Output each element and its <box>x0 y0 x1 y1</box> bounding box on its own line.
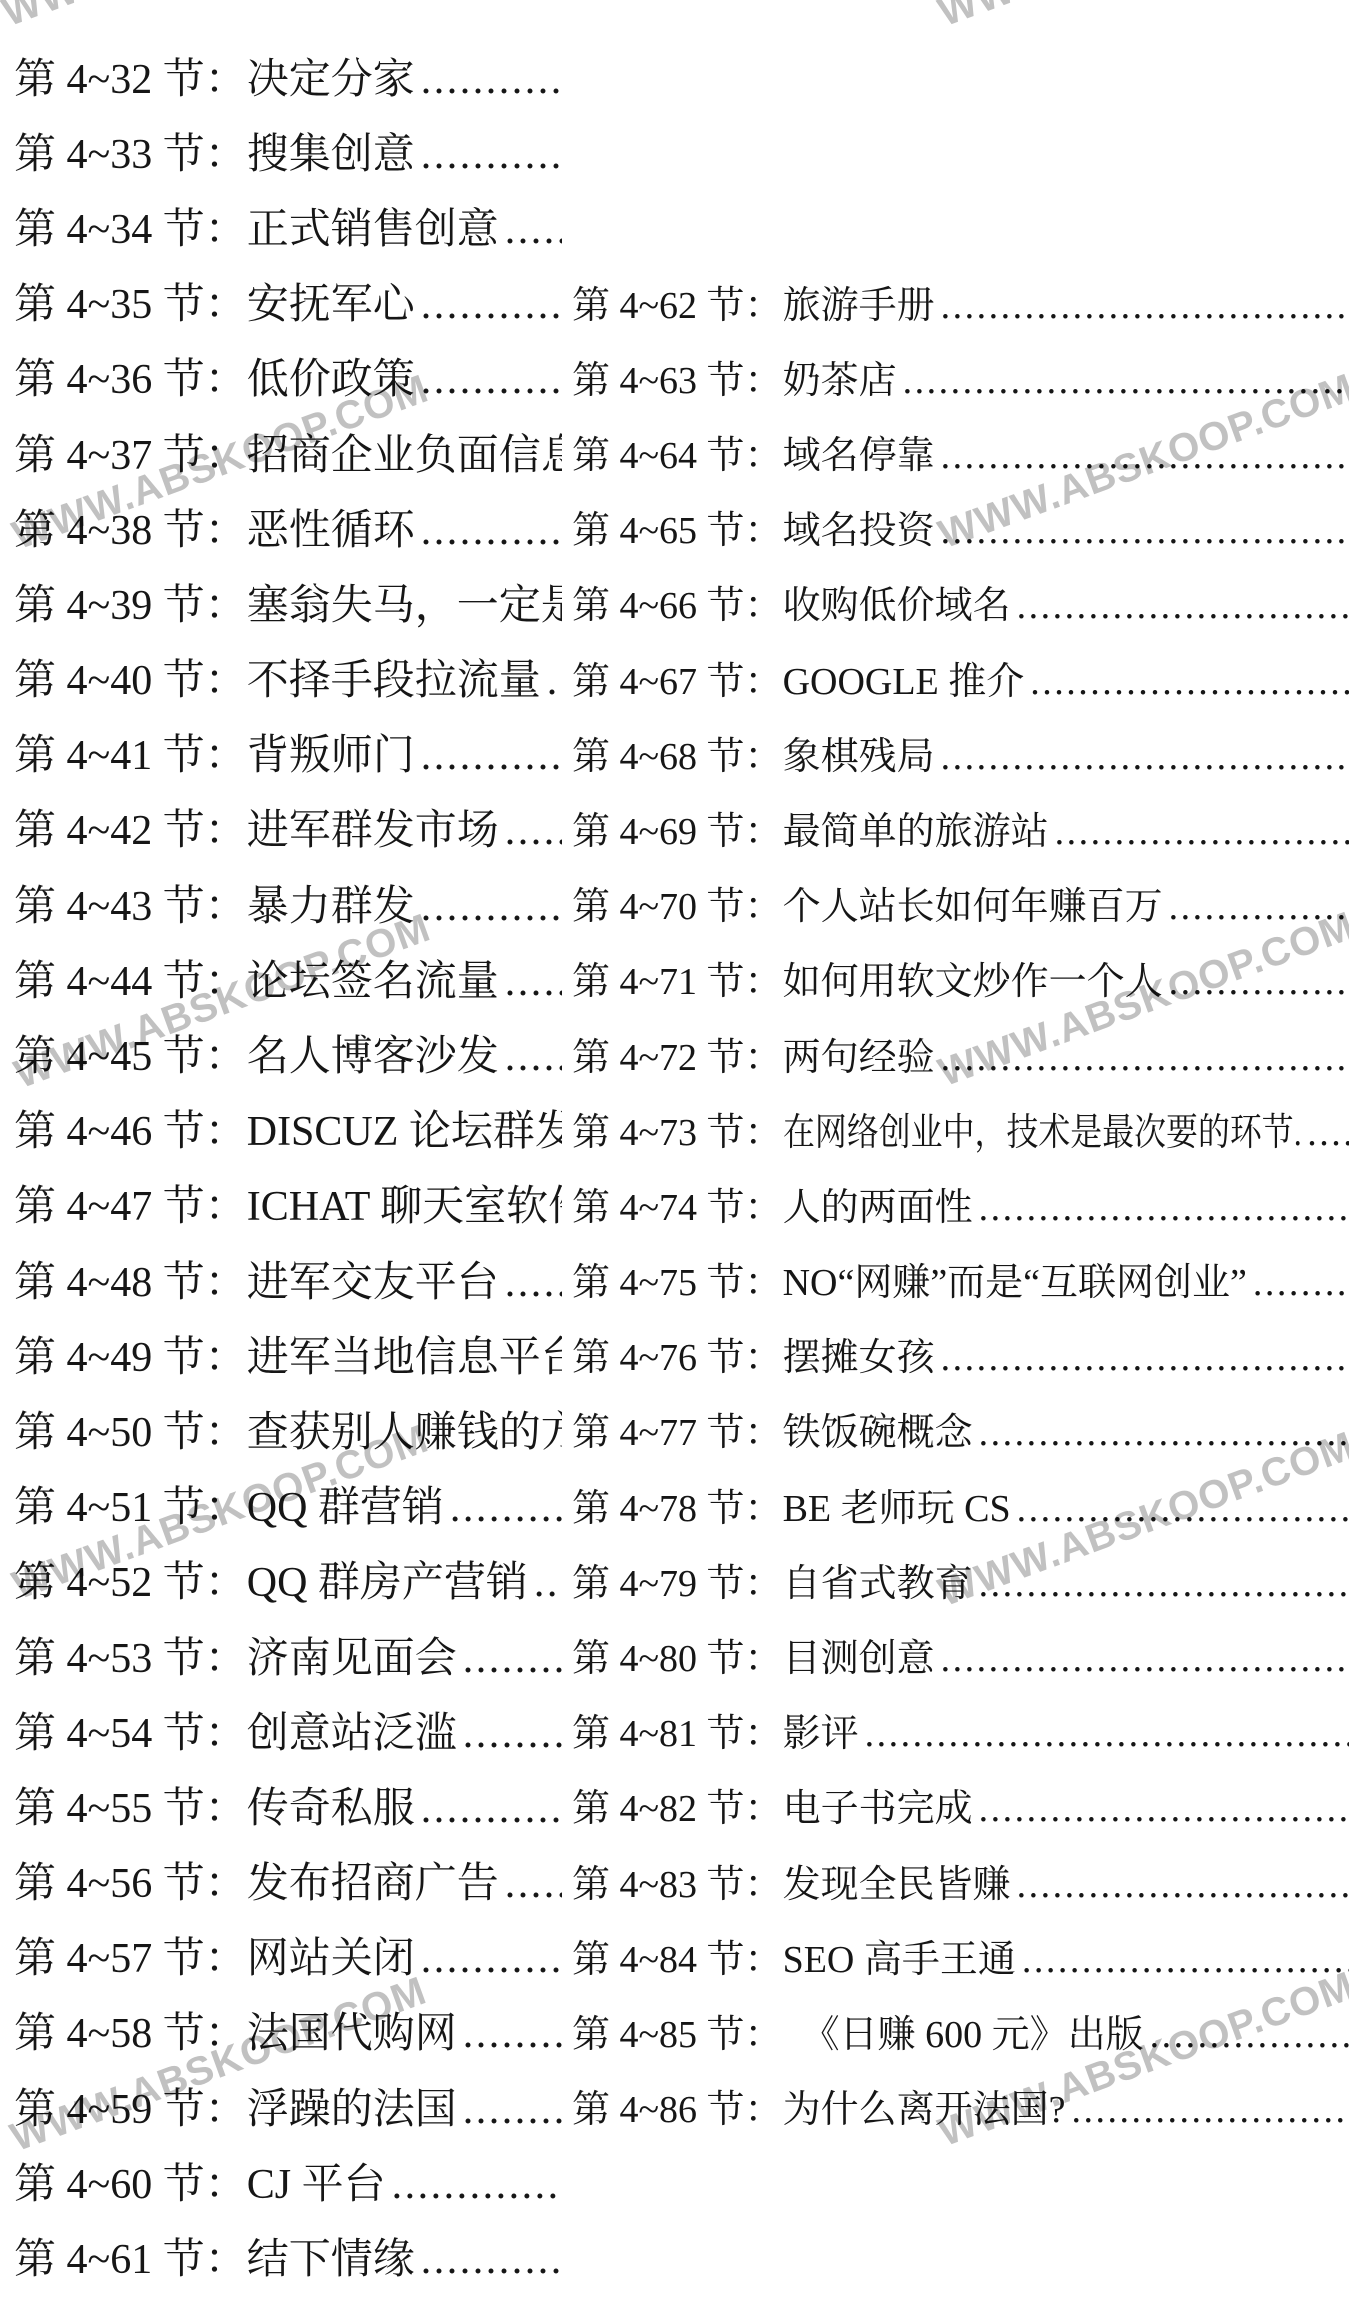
toc-entry-label: 第 4~46 节： <box>14 1098 247 1158</box>
toc-entry-title: 发现全民皆赚 <box>783 1853 1011 1908</box>
toc-entry-title: 济南见面会 <box>247 1625 457 1685</box>
dot-leader: ........................................… <box>547 657 562 705</box>
toc-entry-title: 恶性循环 <box>247 497 415 557</box>
dot-leader: ........................................… <box>421 131 562 179</box>
toc-entry-label: 第 4~84 节： <box>572 1928 783 1983</box>
toc-entry-label: 第 4~48 节： <box>14 1249 247 1309</box>
toc-entry-left: 第 4~44 节：论坛签名流量.........................… <box>0 948 562 1008</box>
toc-entry-title: 搜集创意 <box>247 121 415 181</box>
toc-entry-label: 第 4~69 节： <box>572 800 783 855</box>
toc-entry-right: 第 4~64 节：域名停靠...........................… <box>572 424 1349 479</box>
toc-entry-label: 第 4~47 节： <box>14 1173 247 1233</box>
dot-leader: ........................................… <box>450 1484 562 1532</box>
toc-row: 第 4~58 节：法国代购网..........................… <box>0 1993 1349 2068</box>
toc-entry-label: 第 4~34 节： <box>14 196 247 256</box>
toc-entry-label: 第 4~54 节： <box>14 1700 247 1760</box>
dot-leader: ........................................… <box>421 56 562 104</box>
toc-entry-label: 第 4~67 节： <box>572 650 783 705</box>
dot-leader: ........................................… <box>463 2086 562 2134</box>
toc-entry-label: 第 4~64 节： <box>572 424 783 479</box>
toc-entry-left: 第 4~45 节：名人博客沙发.........................… <box>0 1023 562 1083</box>
dot-leader: ........................................… <box>421 732 562 780</box>
toc-entry-left: 第 4~34 节：正式销售创意.........................… <box>0 196 562 256</box>
toc-entry-title: 电子书完成 <box>783 1777 973 1832</box>
toc-entry-title: 论坛签名流量 <box>247 948 499 1008</box>
toc-entry-title: 浮躁的法国 <box>247 2076 457 2136</box>
toc-row: 第 4~39 节：塞翁失马，一定是福......................… <box>0 564 1349 639</box>
toc-entry-label: 第 4~51 节： <box>14 1474 247 1534</box>
toc-entry-left: 第 4~38 节：恶性循环...........................… <box>0 497 562 557</box>
toc-entry-title: 结下情缘 <box>247 2226 415 2286</box>
toc-entry-title: 名人博客沙发 <box>247 1023 499 1083</box>
toc-entry-right: 第 4~85 节： 《日赚 600 元》出版..................… <box>572 2003 1349 2058</box>
toc-entry-left: 第 4~36 节：低价政策...........................… <box>0 346 562 406</box>
dot-leader: ........................................… <box>505 1259 562 1307</box>
toc-entry-title: 域名停靠 <box>783 424 935 479</box>
toc-entry-title: 铁饭碗概念 <box>783 1401 973 1456</box>
toc-entry-title: 影评 <box>783 1702 859 1757</box>
toc-entry-title: 摆摊女孩 <box>783 1326 935 1381</box>
toc-entry-label: 第 4~85 节： <box>572 2003 783 2058</box>
toc-entry-title: 自省式教育 <box>783 1552 973 1607</box>
dot-leader: ........................................… <box>1253 1261 1349 1305</box>
toc-entry-left: 第 4~61 节：结下情缘...........................… <box>0 2226 562 2286</box>
dot-leader: ........................................… <box>1169 960 1349 1004</box>
toc-entry-title: 两句经验 <box>783 1026 935 1081</box>
toc-entry-label: 第 4~38 节： <box>14 497 247 557</box>
toc-entry-left: 第 4~41 节：背叛师门...........................… <box>0 722 562 782</box>
toc-entry-title: 传奇私服 <box>247 1775 415 1835</box>
toc-entry-left: 第 4~33 节：搜集创意...........................… <box>0 121 562 181</box>
toc-row: 第 4~38 节：恶性循环...........................… <box>0 489 1349 564</box>
toc-entry-left: 第 4~48 节：进军交友平台.........................… <box>0 1249 562 1309</box>
toc-entry-left: 第 4~42 节：进军群发市场.........................… <box>0 797 562 857</box>
toc-row: 第 4~42 节：进军群发市场.........................… <box>0 790 1349 865</box>
toc-entry-label: 第 4~66 节： <box>572 574 783 629</box>
dot-leader: ........................................… <box>941 509 1349 553</box>
toc-row: 第 4~49 节：进军当地信息平台.......................… <box>0 1316 1349 1391</box>
toc-entry-left: 第 4~54 节：创意站泛滥..........................… <box>0 1700 562 1760</box>
dot-leader: ........................................… <box>421 507 562 555</box>
toc-entry-title: 塞翁失马，一定是福 <box>247 572 562 632</box>
dot-leader: ........................................… <box>979 1186 1349 1230</box>
toc-entry-left: 第 4~49 节：进军当地信息平台.......................… <box>0 1324 562 1384</box>
dot-leader: ........................................… <box>463 1635 562 1683</box>
toc-entry-title: 低价政策 <box>247 346 415 406</box>
toc-row: 第 4~36 节：低价政策...........................… <box>0 339 1349 414</box>
toc-entry-label: 第 4~86 节： <box>572 2078 783 2133</box>
toc-entry-title: 法国代购网 <box>247 2000 457 2060</box>
toc-entry-title: ICHAT 聊天室软件 <box>247 1173 562 1233</box>
dot-leader: ........................................… <box>1055 810 1349 854</box>
toc-entry-label: 第 4~77 节： <box>572 1401 783 1456</box>
toc-entry-right: 第 4~73 节：在网络创业中，技术是最次要的环节...............… <box>572 1101 1349 1156</box>
toc-entry-title: 奶茶店 <box>783 349 897 404</box>
toc-entry-right: 第 4~67 节：GOOGLE 推介......................… <box>572 650 1349 705</box>
toc-row: 第 4~54 节：创意站泛滥..........................… <box>0 1692 1349 1767</box>
toc-entry-label: 第 4~80 节： <box>572 1627 783 1682</box>
toc-entry-title: 背叛师门 <box>247 722 415 782</box>
toc-entry-label: 第 4~68 节： <box>572 725 783 780</box>
dot-leader: ........................................… <box>505 1860 562 1908</box>
toc-entry-label: 第 4~75 节： <box>572 1251 783 1306</box>
toc-entry-left: 第 4~53 节：济南见面会..........................… <box>0 1625 562 1685</box>
toc-entry-left: 第 4~32 节：决定分家...........................… <box>0 46 562 106</box>
toc-entry-label: 第 4~32 节： <box>14 46 247 106</box>
toc-entry-label: 第 4~82 节： <box>572 1777 783 1832</box>
toc-entry-label: 第 4~83 节： <box>572 1853 783 1908</box>
toc-entry-title: 进军群发市场 <box>247 797 499 857</box>
dot-leader: ........................................… <box>903 359 1349 403</box>
toc-entry-title: 目测创意 <box>783 1627 935 1682</box>
toc-entry-left: 第 4~55 节：传奇私服...........................… <box>0 1775 562 1835</box>
toc-entry-label: 第 4~74 节： <box>572 1176 783 1231</box>
toc-row: 第 4~46 节：DISCUZ 论坛群发....................… <box>0 1091 1349 1166</box>
toc-entry-label: 第 4~60 节： <box>14 2151 247 2211</box>
toc-entry-title: DISCUZ 论坛群发 <box>247 1098 562 1158</box>
toc-row: 第 4~40 节：不择手段拉流量........................… <box>0 640 1349 715</box>
toc-entry-right: 第 4~81 节：影评.............................… <box>572 1702 1349 1757</box>
toc-entry-title: SEO 高手王通 <box>783 1928 1016 1983</box>
dot-leader: ........................................… <box>534 1559 562 1607</box>
toc-entry-left: 第 4~51 节：QQ 群营销.........................… <box>0 1474 562 1534</box>
toc-entry-title: 收购低价域名 <box>783 574 1011 629</box>
toc-row: 第 4~56 节：发布招商广告.........................… <box>0 1843 1349 1918</box>
toc-entry-label: 第 4~44 节： <box>14 948 247 1008</box>
toc-entry-label: 第 4~55 节： <box>14 1775 247 1835</box>
dot-leader: ........................................… <box>1017 1487 1349 1531</box>
toc-entry-title: 暴力群发 <box>247 873 415 933</box>
toc-entry-right: 第 4~79 节：自省式教育..........................… <box>572 1552 1349 1607</box>
dot-leader: ........................................… <box>1169 885 1349 929</box>
toc-entry-label: 第 4~65 节： <box>572 499 783 554</box>
toc-entry-label: 第 4~52 节： <box>14 1549 247 1609</box>
toc-entry-title: 查获别人赚钱的方法 <box>247 1399 562 1459</box>
toc-row: 第 4~37 节：招商企业负面信息网......................… <box>0 414 1349 489</box>
toc-entry-left: 第 4~57 节：网站关闭...........................… <box>0 1925 562 1985</box>
toc-entry-title: 决定分家 <box>247 46 415 106</box>
toc-entry-title: 创意站泛滥 <box>247 1700 457 1760</box>
toc-entry-right: 第 4~65 节：域名投资...........................… <box>572 499 1349 554</box>
toc-entry-label: 第 4~41 节： <box>14 722 247 782</box>
dot-leader: ........................................… <box>865 1712 1349 1756</box>
toc-entry-left: 第 4~50 节：查获别人赚钱的方法......................… <box>0 1399 562 1459</box>
toc-entry-title: 在网络创业中，技术是最次要的环节. <box>783 1101 1302 1156</box>
toc-entry-label: 第 4~72 节： <box>572 1026 783 1081</box>
toc-entry-label: 第 4~76 节： <box>572 1326 783 1381</box>
dot-leader: ........................................… <box>1030 660 1349 704</box>
toc-list: 第 4~32 节：决定分家...........................… <box>0 0 1349 2323</box>
toc-entry-label: 第 4~62 节： <box>572 274 783 329</box>
toc-entry-label: 第 4~59 节： <box>14 2076 247 2136</box>
dot-leader: ........................................… <box>1017 1863 1349 1907</box>
toc-entry-right: 第 4~71 节：如何用软文炒作一个人.....................… <box>572 950 1349 1005</box>
toc-entry-title: 为什么离开法国? <box>783 2078 1066 2133</box>
dot-leader: ........................................… <box>421 1935 562 1983</box>
toc-row: 第 4~44 节：论坛签名流量.........................… <box>0 940 1349 1015</box>
toc-row: 第 4~34 节：正式销售创意.........................… <box>0 188 1349 263</box>
toc-entry-title: GOOGLE 推介 <box>783 650 1025 705</box>
dot-leader: ........................................… <box>421 281 562 329</box>
toc-entry-title: 最简单的旅游站 <box>783 800 1049 855</box>
toc-entry-label: 第 4~49 节： <box>14 1324 247 1384</box>
toc-entry-right: 第 4~83 节：发现全民皆赚.........................… <box>572 1853 1349 1908</box>
toc-entry-right: 第 4~74 节：人的两面性..........................… <box>572 1176 1349 1231</box>
toc-entry-right: 第 4~63 节：奶茶店............................… <box>572 349 1349 404</box>
toc-entry-left: 第 4~40 节：不择手段拉流量........................… <box>0 647 562 707</box>
toc-entry-label: 第 4~45 节： <box>14 1023 247 1083</box>
dot-leader: ........................................… <box>979 1562 1349 1606</box>
toc-entry-left: 第 4~58 节：法国代购网..........................… <box>0 2000 562 2060</box>
toc-entry-title: 《日赚 600 元》出版 <box>783 2003 1144 2058</box>
dot-leader: ........................................… <box>421 356 562 404</box>
toc-entry-right: 第 4~68 节：象棋残局...........................… <box>572 725 1349 780</box>
dot-leader: ........................................… <box>421 1785 562 1833</box>
toc-entry-label: 第 4~42 节： <box>14 797 247 857</box>
toc-entry-right: 第 4~80 节：目测创意...........................… <box>572 1627 1349 1682</box>
toc-entry-title: CJ 平台 <box>247 2151 386 2211</box>
toc-entry-label: 第 4~53 节： <box>14 1625 247 1685</box>
toc-entry-label: 第 4~33 节： <box>14 121 247 181</box>
toc-entry-title: 不择手段拉流量 <box>247 647 541 707</box>
toc-entry-right: 第 4~62 节：旅游手册...........................… <box>572 274 1349 329</box>
dot-leader: ........................................… <box>463 1710 562 1758</box>
toc-entry-left: 第 4~59 节：浮躁的法国..........................… <box>0 2076 562 2136</box>
dot-leader: ........................................… <box>1150 2013 1349 2057</box>
toc-entry-left: 第 4~39 节：塞翁失马，一定是福......................… <box>0 572 562 632</box>
dot-leader: ........................................… <box>392 2161 562 2209</box>
toc-entry-title: QQ 群房产营销 <box>247 1549 528 1609</box>
toc-entry-left: 第 4~43 节：暴力群发...........................… <box>0 873 562 933</box>
dot-leader: ........................................… <box>1307 1111 1349 1155</box>
toc-row: 第 4~52 节：QQ 群房产营销.......................… <box>0 1542 1349 1617</box>
toc-entry-left: 第 4~35 节：安抚军心...........................… <box>0 271 562 331</box>
toc-entry-label: 第 4~37 节： <box>14 422 247 482</box>
toc-entry-label: 第 4~56 节： <box>14 1850 247 1910</box>
dot-leader: ........................................… <box>421 883 562 931</box>
toc-entry-right: 第 4~69 节：最简单的旅游站........................… <box>572 800 1349 855</box>
toc-entry-label: 第 4~71 节： <box>572 950 783 1005</box>
toc-entry-right: 第 4~86 节：为什么离开法国?.......................… <box>572 2078 1349 2133</box>
dot-leader: ........................................… <box>941 1637 1349 1681</box>
dot-leader: ........................................… <box>941 434 1349 478</box>
toc-entry-title: 安抚军心 <box>247 271 415 331</box>
toc-entry-label: 第 4~50 节： <box>14 1399 247 1459</box>
toc-row: 第 4~48 节：进军交友平台.........................… <box>0 1241 1349 1316</box>
toc-row: 第 4~50 节：查获别人赚钱的方法......................… <box>0 1391 1349 1466</box>
dot-leader: ........................................… <box>505 1033 562 1081</box>
toc-entry-label: 第 4~43 节： <box>14 873 247 933</box>
dot-leader: ........................................… <box>979 1411 1349 1455</box>
toc-row: 第 4~33 节：搜集创意...........................… <box>0 113 1349 188</box>
dot-leader: ........................................… <box>941 284 1349 328</box>
dot-leader: ........................................… <box>941 735 1349 779</box>
toc-row: 第 4~45 节：名人博客沙发.........................… <box>0 1015 1349 1090</box>
toc-entry-label: 第 4~58 节： <box>14 2000 247 2060</box>
toc-entry-label: 第 4~63 节： <box>572 349 783 404</box>
toc-entry-title: 网站关闭 <box>247 1925 415 1985</box>
toc-entry-right: 第 4~70 节：个人站长如何年赚百万.....................… <box>572 875 1349 930</box>
toc-entry-right: 第 4~84 节：SEO 高手王通.......................… <box>572 1928 1349 1983</box>
toc-entry-right: 第 4~82 节：电子书完成..........................… <box>572 1777 1349 1832</box>
toc-entry-title: 正式销售创意 <box>247 196 499 256</box>
dot-leader: ........................................… <box>463 2010 562 2058</box>
toc-entry-title: 个人站长如何年赚百万 <box>783 875 1163 930</box>
toc-entry-label: 第 4~73 节： <box>572 1101 783 1156</box>
toc-entry-label: 第 4~81 节： <box>572 1702 783 1757</box>
dot-leader: ........................................… <box>1022 1938 1349 1982</box>
toc-entry-title: 进军当地信息平台 <box>247 1324 562 1384</box>
toc-entry-label: 第 4~70 节： <box>572 875 783 930</box>
toc-row: 第 4~59 节：浮躁的法国..........................… <box>0 2068 1349 2143</box>
toc-entry-left: 第 4~60 节：CJ 平台..........................… <box>0 2151 562 2211</box>
toc-entry-title: 域名投资 <box>783 499 935 554</box>
toc-entry-label: 第 4~61 节： <box>14 2226 247 2286</box>
toc-entry-left: 第 4~56 节：发布招商广告.........................… <box>0 1850 562 1910</box>
toc-entry-title: 招商企业负面信息网 <box>247 422 562 482</box>
toc-row: 第 4~57 节：网站关闭...........................… <box>0 1918 1349 1993</box>
toc-entry-label: 第 4~57 节： <box>14 1925 247 1985</box>
toc-entry-title: 如何用软文炒作一个人 <box>783 950 1163 1005</box>
document-page: 第 4~32 节：决定分家...........................… <box>0 0 1349 2323</box>
toc-entry-left: 第 4~52 节：QQ 群房产营销.......................… <box>0 1549 562 1609</box>
toc-entry-label: 第 4~36 节： <box>14 346 247 406</box>
toc-entry-label: 第 4~35 节： <box>14 271 247 331</box>
toc-entry-label: 第 4~40 节： <box>14 647 247 707</box>
toc-entry-label: 第 4~79 节： <box>572 1552 783 1607</box>
dot-leader: ........................................… <box>421 2236 562 2284</box>
toc-entry-right: 第 4~77 节：铁饭碗概念..........................… <box>572 1401 1349 1456</box>
toc-entry-title: 象棋残局 <box>783 725 935 780</box>
dot-leader: ........................................… <box>505 807 562 855</box>
toc-entry-right: 第 4~72 节：两句经验...........................… <box>572 1026 1349 1081</box>
toc-entry-right: 第 4~75 节：NO“网赚”而是“互联网创业”................… <box>572 1251 1349 1306</box>
dot-leader: ........................................… <box>1071 2088 1349 2132</box>
toc-entry-title: 进军交友平台 <box>247 1249 499 1309</box>
toc-entry-title: QQ 群营销 <box>247 1474 444 1534</box>
toc-row: 第 4~53 节：济南见面会..........................… <box>0 1617 1349 1692</box>
toc-entry-left: 第 4~47 节：ICHAT 聊天室软件....................… <box>0 1173 562 1233</box>
toc-row: 第 4~41 节：背叛师门...........................… <box>0 715 1349 790</box>
toc-row: 第 4~47 节：ICHAT 聊天室软件....................… <box>0 1166 1349 1241</box>
toc-entry-left: 第 4~46 节：DISCUZ 论坛群发....................… <box>0 1098 562 1158</box>
toc-row: 第 4~51 节：QQ 群营销.........................… <box>0 1467 1349 1542</box>
toc-entry-right: 第 4~76 节：摆摊女孩...........................… <box>572 1326 1349 1381</box>
toc-entry-label: 第 4~78 节： <box>572 1477 783 1532</box>
dot-leader: ........................................… <box>1017 584 1349 628</box>
dot-leader: ........................................… <box>941 1036 1349 1080</box>
toc-row: 第 4~60 节：CJ 平台..........................… <box>0 2143 1349 2218</box>
dot-leader: ........................................… <box>941 1336 1349 1380</box>
toc-entry-title: 人的两面性 <box>783 1176 973 1231</box>
toc-entry-right: 第 4~66 节：收购低价域名.........................… <box>572 574 1349 629</box>
dot-leader: ........................................… <box>505 958 562 1006</box>
dot-leader: ........................................… <box>979 1787 1349 1831</box>
toc-entry-title: NO“网赚”而是“互联网创业” <box>783 1251 1247 1306</box>
toc-entry-left: 第 4~37 节：招商企业负面信息网......................… <box>0 422 562 482</box>
toc-entry-title: BE 老师玩 CS <box>783 1477 1011 1532</box>
dot-leader: ........................................… <box>505 206 562 254</box>
toc-row: 第 4~61 节：结下情缘...........................… <box>0 2218 1349 2293</box>
toc-row: 第 4~35 节：安抚军心...........................… <box>0 264 1349 339</box>
toc-entry-right: 第 4~78 节：BE 老师玩 CS......................… <box>572 1477 1349 1532</box>
toc-row: 第 4~43 节：暴力群发...........................… <box>0 865 1349 940</box>
toc-row: 第 4~32 节：决定分家...........................… <box>0 38 1349 113</box>
toc-entry-label: 第 4~39 节： <box>14 572 247 632</box>
toc-entry-title: 发布招商广告 <box>247 1850 499 1910</box>
toc-entry-title: 旅游手册 <box>783 274 935 329</box>
toc-row: 第 4~55 节：传奇私服...........................… <box>0 1767 1349 1842</box>
